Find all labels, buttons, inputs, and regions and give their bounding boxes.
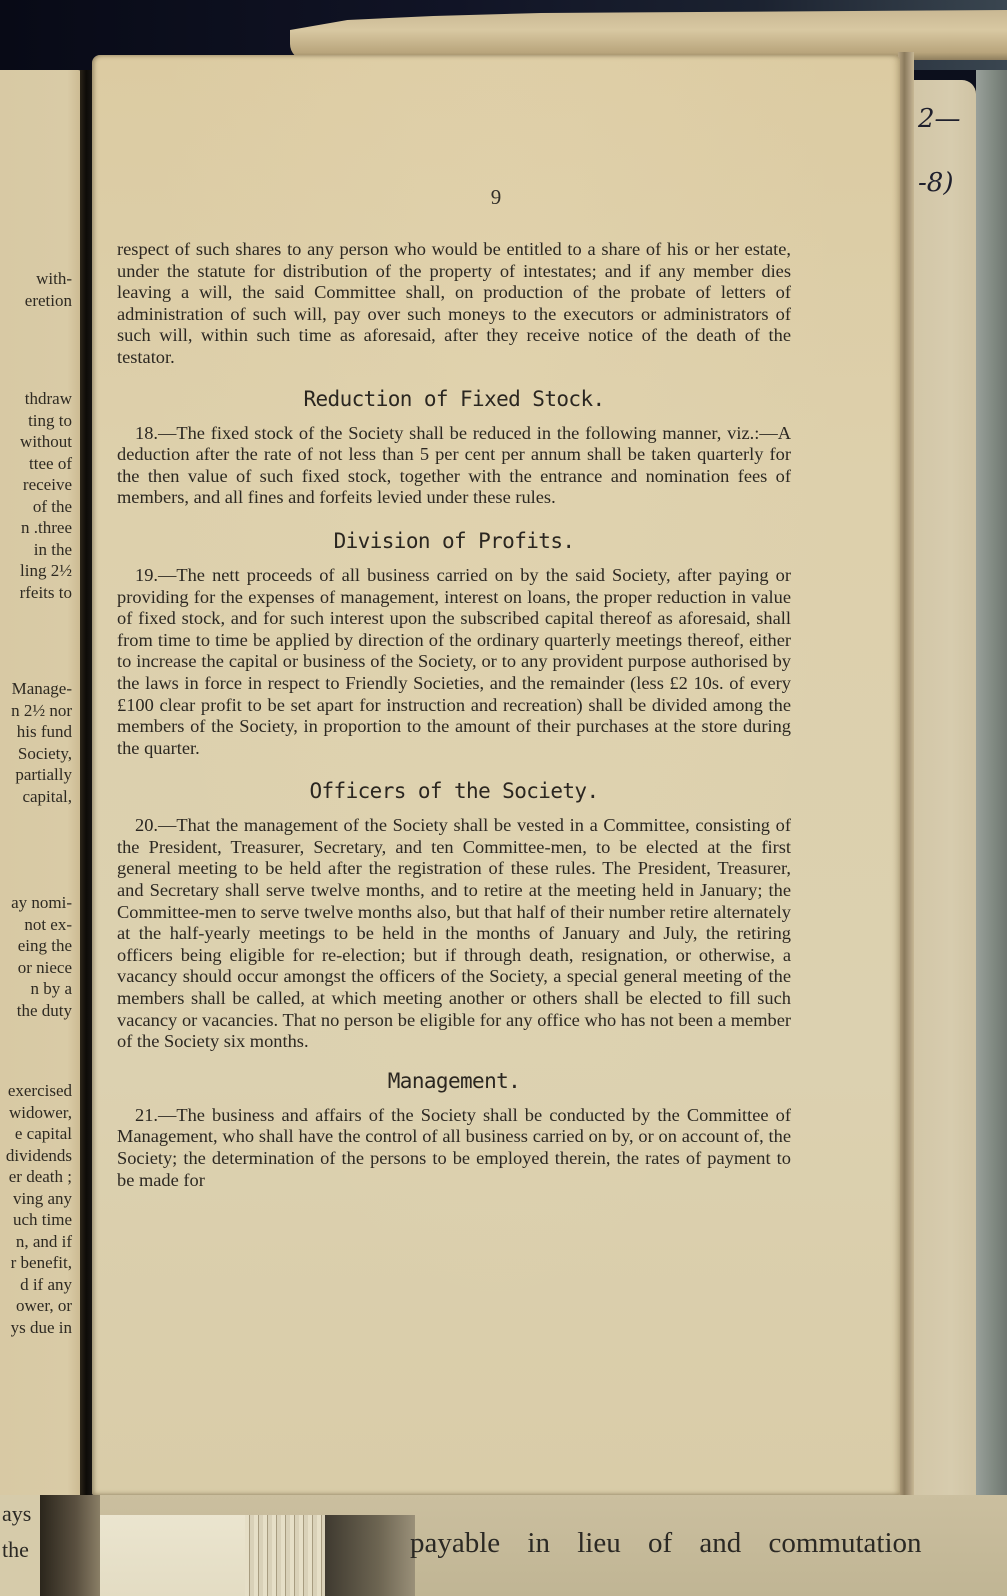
fragment-line: dividends (0, 1145, 72, 1167)
fragment-line: Manage- (0, 678, 72, 700)
fragment-line: eing the (0, 935, 72, 957)
fragment-line: Society, (0, 743, 72, 765)
rule-20-paragraph: 20.—That the management of the Society s… (117, 815, 791, 1053)
fragment-line: n .three (0, 517, 72, 539)
fragment-line: ling 2½ (0, 560, 72, 582)
fragment-line: er death ; (0, 1166, 72, 1188)
section-title-management: Management. (117, 1069, 791, 1093)
fragment-line: in the (0, 539, 72, 561)
fragment-line: ving any (0, 1188, 72, 1210)
fragment-line: ower, or (0, 1295, 72, 1317)
section-title-reduction-of-fixed-stock: Reduction of Fixed Stock. (117, 387, 791, 411)
rule-18-paragraph: 18.—The fixed stock of the Society shall… (117, 423, 791, 509)
fragment-line: n 2½ nor (0, 700, 72, 722)
page-edge-cover (976, 70, 1007, 1500)
fragment-line: ys due in (0, 1317, 72, 1339)
left-page-fragment-1: with- eretion (0, 268, 72, 311)
fragment-line: his fund (0, 721, 72, 743)
fragment-line: receive (0, 474, 72, 496)
fragment-line: widower, (0, 1102, 72, 1124)
fragment-line: rfeits to (0, 582, 72, 604)
fragment-line: ay nomi- (0, 892, 72, 914)
fragment-line: without (0, 431, 72, 453)
fragment-line: of the (0, 496, 72, 518)
fragment-line: with- (0, 268, 72, 290)
fragment-line: d if any (0, 1274, 72, 1296)
lower-white-leaf (100, 1515, 250, 1596)
handwritten-annotation: -8) (918, 168, 953, 198)
fragment-line: e capital (0, 1123, 72, 1145)
lower-leaf-edges (245, 1515, 325, 1596)
page-body: respect of such shares to any person who… (117, 239, 791, 1191)
fragment-line: r benefit, (0, 1252, 72, 1274)
fragment-line: the (2, 1532, 31, 1568)
fragment-line: ttee of (0, 453, 72, 475)
fragment-line: capital, (0, 786, 72, 808)
fragment-line: eretion (0, 290, 72, 312)
rule-19-paragraph: 19.—The nett proceeds of all business ca… (117, 565, 791, 759)
fragment-line: n, and if (0, 1231, 72, 1253)
fragment-line: the duty (0, 1000, 72, 1022)
fragment-line: ays (2, 1496, 31, 1532)
section-title-division-of-profits: Division of Profits. (117, 529, 791, 553)
left-page-fragment-5: exercised widower, e capital dividends e… (0, 1080, 72, 1338)
lower-page-shadow (325, 1515, 415, 1596)
lower-gutter-shadow (40, 1495, 100, 1596)
page-number: 9 (92, 185, 900, 210)
lower-left-fragment: ays the (2, 1496, 31, 1568)
left-page: with- eretion thdraw ting to without tte… (0, 70, 84, 1520)
fragment-line: ting to (0, 410, 72, 432)
handwritten-annotation: 2— (918, 104, 961, 134)
left-page-fragment-4: ay nomi- not ex- eing the or niece n by … (0, 892, 72, 1021)
fragment-line: uch time (0, 1209, 72, 1231)
rule-21-paragraph: 21.—The business and affairs of the Soci… (117, 1105, 791, 1191)
intro-paragraph: respect of such shares to any person who… (117, 239, 791, 369)
fragment-line: exercised (0, 1080, 72, 1102)
section-title-officers-of-the-society: Officers of the Society. (117, 779, 791, 803)
fragment-line: thdraw (0, 388, 72, 410)
page-edge-stack (914, 80, 976, 1500)
left-page-fragment-2: thdraw ting to without ttee of receive o… (0, 388, 72, 603)
main-page: 9 respect of such shares to any person w… (92, 55, 900, 1495)
lower-page-text: payable in lieu of and commutation (410, 1527, 922, 1560)
fragment-line: n by a (0, 978, 72, 1000)
fragment-line: not ex- (0, 914, 72, 936)
fragment-line: partially (0, 764, 72, 786)
left-page-fragment-3: Manage- n 2½ nor his fund Society, parti… (0, 678, 72, 807)
fragment-line: or niece (0, 957, 72, 979)
page-edge-shadow (898, 52, 914, 1497)
